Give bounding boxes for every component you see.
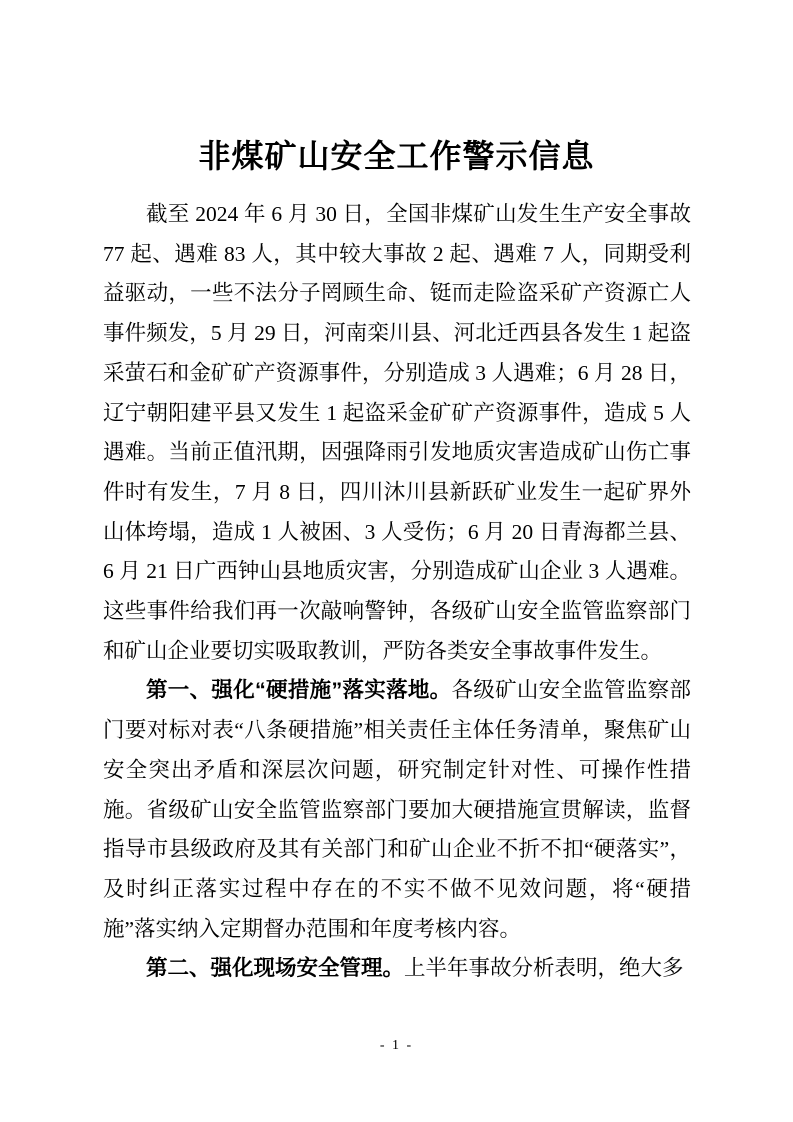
document-body: 截至 2024 年 6 月 30 日，全国非煤矿山发生生产安全事故 77 起、遇… <box>103 195 691 989</box>
paragraph-text: 各级矿山安全监管监察部门要对标对表“八条硬措施”相关责任主体任务清单，聚焦矿山安… <box>103 678 691 940</box>
body-paragraph-intro: 截至 2024 年 6 月 30 日，全国非煤矿山发生生产安全事故 77 起、遇… <box>103 195 691 671</box>
paragraph-lead: 第一、强化“硬措施”落实落地。 <box>146 678 451 702</box>
paragraph-text: 截至 2024 年 6 月 30 日，全国非煤矿山发生生产安全事故 77 起、遇… <box>103 202 691 663</box>
page-number: - 1 - <box>0 1036 793 1056</box>
body-paragraph-second-measure: 第二、强化现场安全管理。上半年事故分析表明，绝大多 <box>103 949 691 989</box>
paragraph-text: 上半年事故分析表明，绝大多 <box>404 956 684 980</box>
document-title: 非煤矿山安全工作警示信息 <box>0 131 793 181</box>
document-page: 非煤矿山安全工作警示信息 截至 2024 年 6 月 30 日，全国非煤矿山发生… <box>0 0 793 1122</box>
body-paragraph-first-measure: 第一、强化“硬措施”落实落地。各级矿山安全监管监察部门要对标对表“八条硬措施”相… <box>103 671 691 949</box>
paragraph-lead: 第二、强化现场安全管理。 <box>146 956 404 980</box>
